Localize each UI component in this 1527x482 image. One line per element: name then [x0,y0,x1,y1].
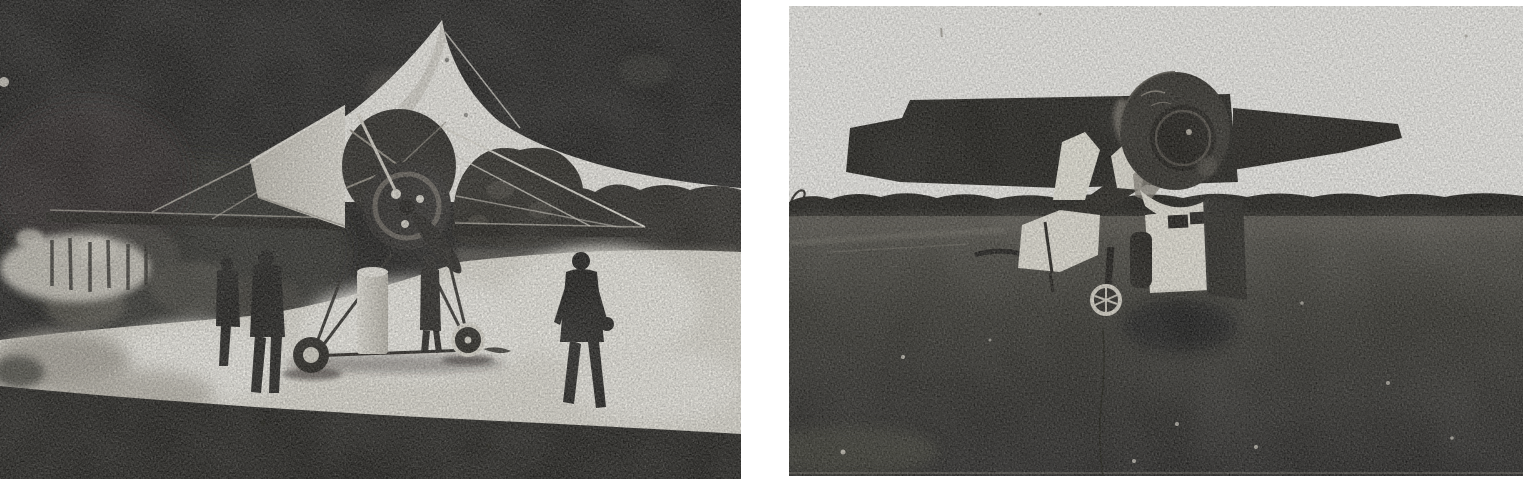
film-grain [0,0,741,479]
film-grain [789,6,1523,476]
page [0,0,1527,482]
left-photo [0,0,741,479]
right-photo [789,6,1523,476]
